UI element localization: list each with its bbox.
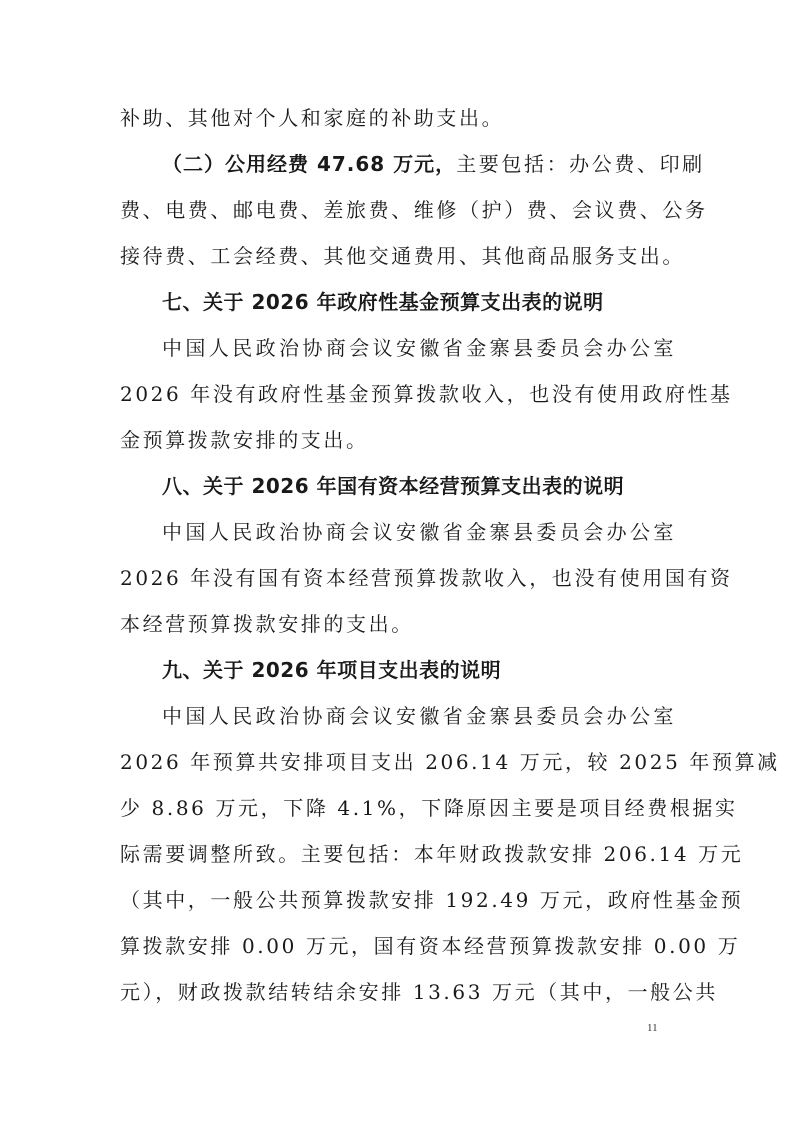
- paragraph-line: 费、电费、邮电费、差旅费、维修（护）费、会议费、公务: [120, 196, 676, 224]
- paragraph-line: 算拨款安排 0.00 万元，国有资本经营预算拨款安排 0.00 万: [120, 932, 676, 960]
- section-heading-7: 七、关于 2026 年政府性基金预算支出表的说明: [162, 288, 604, 316]
- document-page: 补助、其他对个人和家庭的补助支出。 （二）公用经费 47.68 万元，主要包括：…: [0, 0, 793, 1122]
- paragraph-line: 2026 年没有政府性基金预算拨款收入，也没有使用政府性基: [120, 380, 676, 408]
- paragraph-text: 主要包括：办公费、印刷: [456, 152, 705, 176]
- paragraph-line: （二）公用经费 47.68 万元，主要包括：办公费、印刷: [162, 150, 676, 178]
- paragraph-line: 补助、其他对个人和家庭的补助支出。: [120, 104, 676, 132]
- paragraph-line: 本经营预算拨款安排的支出。: [120, 610, 676, 638]
- page-number: 11: [647, 1022, 658, 1034]
- paragraph-line: 元），财政拨款结转结余安排 13.63 万元（其中，一般公共: [120, 978, 676, 1006]
- paragraph-line: 中国人民政治协商会议安徽省金寨县委员会办公室: [162, 702, 676, 730]
- section-heading-9: 九、关于 2026 年项目支出表的说明: [162, 656, 501, 684]
- paragraph-line: 2026 年预算共安排项目支出 206.14 万元，较 2025 年预算减: [120, 748, 676, 776]
- section-heading-8: 八、关于 2026 年国有资本经营预算支出表的说明: [162, 472, 624, 500]
- paragraph-line: 接待费、工会经费、其他交通费用、其他商品服务支出。: [120, 242, 676, 270]
- paragraph-line: 少 8.86 万元，下降 4.1%，下降原因主要是项目经费根据实: [120, 794, 676, 822]
- paragraph-line: 2026 年没有国有资本经营预算拨款收入，也没有使用国有资: [120, 564, 676, 592]
- paragraph-line: 际需要调整所致。主要包括：本年财政拨款安排 206.14 万元: [120, 840, 676, 868]
- paragraph-line: 中国人民政治协商会议安徽省金寨县委员会办公室: [162, 334, 676, 362]
- subheading-public-funds: （二）公用经费 47.68 万元，: [162, 152, 456, 176]
- paragraph-line: （其中，一般公共预算拨款安排 192.49 万元，政府性基金预: [120, 886, 676, 914]
- paragraph-line: 中国人民政治协商会议安徽省金寨县委员会办公室: [162, 518, 676, 546]
- paragraph-line: 金预算拨款安排的支出。: [120, 426, 676, 454]
